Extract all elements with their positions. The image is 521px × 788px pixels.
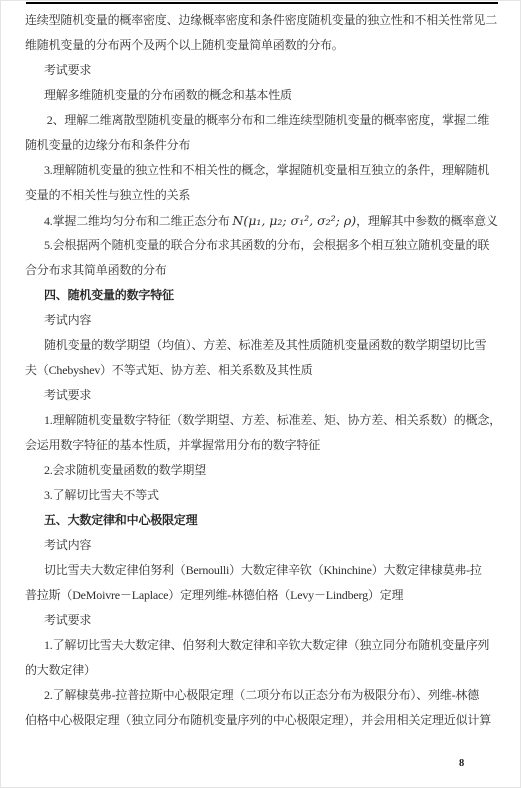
text-line: 2.了解棣莫弗-拉普拉斯中心极限定理（二项分布以正态分布为极限分布）、列维-林德 [25,683,505,708]
text-run: 考试内容 [44,538,91,552]
text-run: 3.理解随机变量的独立性和不相关性的概念，掌握随机变量相互独立的条件，理解随机 [44,163,489,177]
text-run: 1.理解随机变量数字特征（数学期望、方差、标准差、矩、协方差、相关系数）的概念， [44,413,501,427]
text-line: 连续型随机变量的概率密度、边缘概率密度和条件密度随机变量的独立性和不相关性常见二 [25,8,505,33]
text-line: 1.理解随机变量数字特征（数学期望、方差、标准差、矩、协方差、相关系数）的概念， [25,408,505,433]
text-run: 的大数定律） [25,663,96,677]
text-run: 夫（Chebyshev）不等式矩、协方差、相关系数及其性质 [25,363,313,377]
text-run: 2、理解二维离散型随机变量的概率分布和二维连续型随机变量的概率密度，掌握二维 [44,113,489,127]
text-run: 五、大数定律和中心极限定理 [44,513,197,527]
text-line: 伯格中心极限定理（独立同分布随机变量序列的中心极限定理），并会用相关定理近似计算 [25,708,505,733]
text-line: 变量的不相关性与独立性的关系 [25,183,505,208]
text-run: 切比雪夫大数定律伯努利（Bernoulli）大数定律辛钦（Khinchine）大… [44,563,482,577]
text-line: 3.了解切比雪夫不等式 [25,483,505,508]
text-run: 伯格中心极限定理（独立同分布随机变量序列的中心极限定理），并会用相关定理近似计算 [25,713,491,727]
document-body: 连续型随机变量的概率密度、边缘概率密度和条件密度随机变量的独立性和不相关性常见二… [25,8,505,733]
text-line: 夫（Chebyshev）不等式矩、协方差、相关系数及其性质 [25,358,505,383]
page-top-rule [26,2,498,4]
text-run: 2.会求随机变量函数的数学期望 [44,463,206,477]
text-line: 4.掌握二维均匀分布和二维正态分布 N(μ₁, μ₂; σ₁², σ₂²; ρ)… [25,208,505,233]
text-line: 切比雪夫大数定律伯努利（Bernoulli）大数定律辛钦（Khinchine）大… [25,558,505,583]
text-line: 考试要求 [25,608,505,633]
text-run: 变量的不相关性与独立性的关系 [25,188,190,202]
text-line: 考试内容 [25,533,505,558]
text-line: 1.了解切比雪夫大数定律、伯努利大数定律和辛钦大数定律（独立同分布随机变量序列 [25,633,505,658]
text-line: 会运用数字特征的基本性质，并掌握常用分布的数字特征 [25,433,505,458]
text-run: 2.了解棣莫弗-拉普拉斯中心极限定理（二项分布以正态分布为极限分布）、列维-林德 [44,688,479,702]
text-line: 5.会根据两个随机变量的联合分布求其函数的分布，会根据多个相互独立随机变量的联 [25,233,505,258]
page-number: 8 [459,758,464,769]
text-line: 2、理解二维离散型随机变量的概率分布和二维连续型随机变量的概率密度，掌握二维 [25,108,505,133]
text-run: 连续型随机变量的概率密度、边缘概率密度和条件密度随机变量的独立性和不相关性常见二 [25,13,497,27]
text-run: 随机变量的边缘分布和条件分布 [25,138,190,152]
text-line: 普拉斯（DeMoivre－Laplace）定理列维-林德伯格（Levy－Lind… [25,583,505,608]
text-run: 考试要求 [44,613,91,627]
text-line: 考试内容 [25,308,505,333]
text-run: 随机变量的数学期望（均值）、方差、标准差及其性质随机变量函数的数学期望切比雪 [44,338,486,352]
text-line: 3.理解随机变量的独立性和不相关性的概念，掌握随机变量相互独立的条件，理解随机 [25,158,505,183]
text-run: 理解多维随机变量的分布函数的概念和基本性质 [44,88,292,102]
text-line: 的大数定律） [25,658,505,683]
text-line: 维随机变量的分布两个及两个以上随机变量简单函数的分布。 [25,33,505,58]
text-line: 合分布求其简单函数的分布 [25,258,505,283]
text-line: 随机变量的数学期望（均值）、方差、标准差及其性质随机变量函数的数学期望切比雪 [25,333,505,358]
text-run: 维随机变量的分布两个及两个以上随机变量简单函数的分布。 [25,38,344,52]
text-run: 考试要求 [44,63,91,77]
text-run: 合分布求其简单函数的分布 [25,263,167,277]
text-line: 2.会求随机变量函数的数学期望 [25,458,505,483]
text-run: 四、随机变量的数字特征 [44,288,174,302]
text-line: 随机变量的边缘分布和条件分布 [25,133,505,158]
text-line: 理解多维随机变量的分布函数的概念和基本性质 [25,83,505,108]
text-run: 会运用数字特征的基本性质，并掌握常用分布的数字特征 [25,438,320,452]
text-run: 3.了解切比雪夫不等式 [44,488,159,502]
text-run: 普拉斯（DeMoivre－Laplace）定理列维-林德伯格（Levy－Lind… [25,588,403,602]
section-heading-line: 四、随机变量的数字特征 [25,283,505,308]
document-page: 连续型随机变量的概率密度、边缘概率密度和条件密度随机变量的独立性和不相关性常见二… [0,0,521,788]
section-heading-line: 五、大数定律和中心极限定理 [25,508,505,533]
text-run: 考试要求 [44,388,91,402]
text-run: 考试内容 [44,313,91,327]
text-line: 考试要求 [25,58,505,83]
text-run: 4.掌握二维均匀分布和二维正态分布 [44,214,232,228]
text-line: 考试要求 [25,383,505,408]
text-run: 5.会根据两个随机变量的联合分布求其函数的分布，会根据多个相互独立随机变量的联 [44,238,489,252]
text-run: ，理解其中参数的概率意义 [356,214,498,228]
math-formula: N(μ₁, μ₂; σ₁², σ₂²; ρ) [232,213,356,228]
text-run: 1.了解切比雪夫大数定律、伯努利大数定律和辛钦大数定律（独立同分布随机变量序列 [44,638,489,652]
